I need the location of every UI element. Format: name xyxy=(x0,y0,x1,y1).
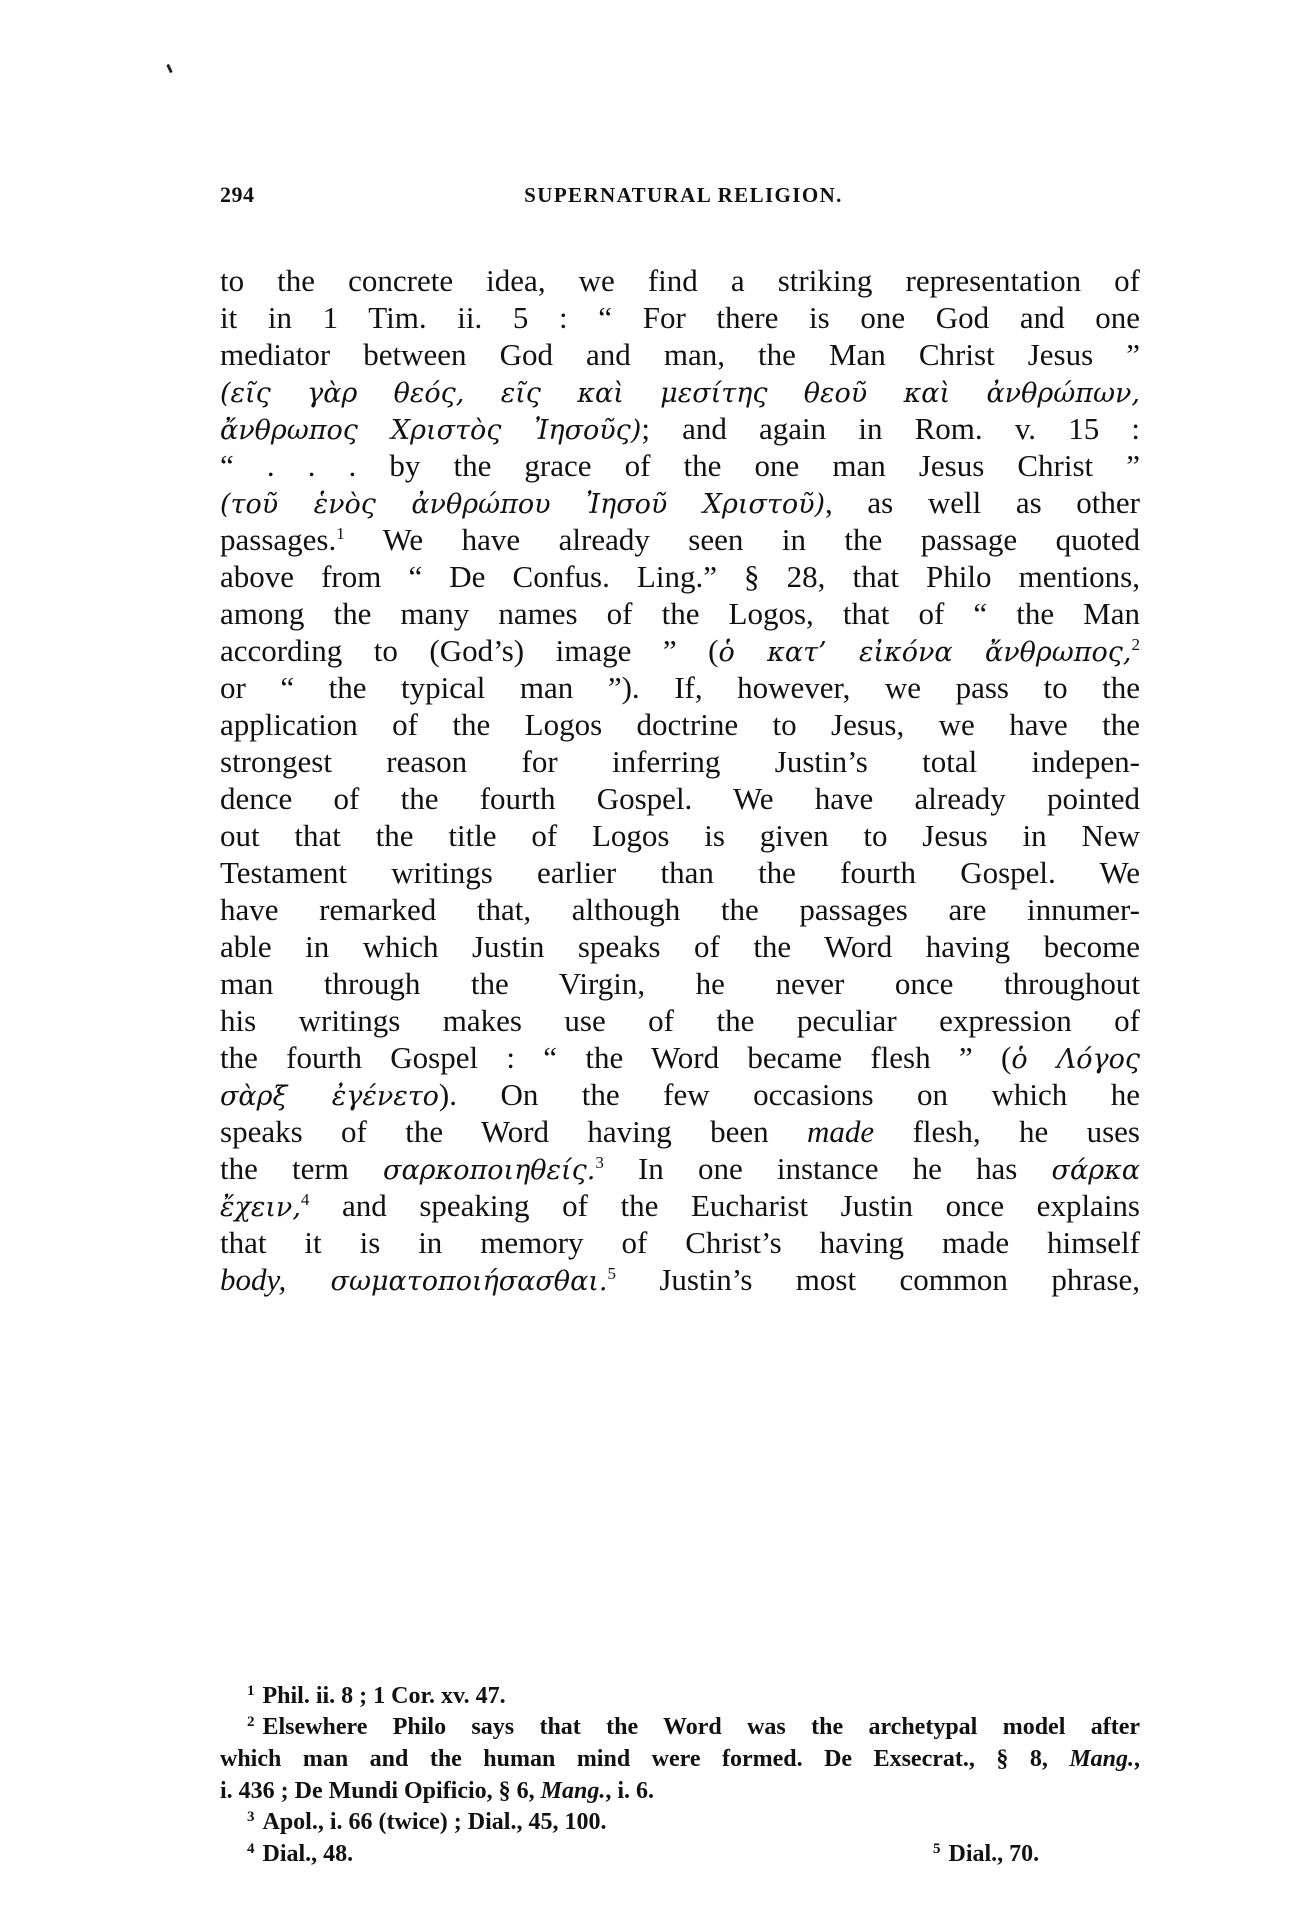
text-line: speaks of the Word having been made fles… xyxy=(220,1113,1140,1150)
footnote-ref-1[interactable]: 1 xyxy=(336,524,345,543)
greek-quotation: ὁ κατ’ εἰκόνα ἄνθρωπος, xyxy=(719,637,1132,668)
text-line: application of the Logos doctrine to Jes… xyxy=(220,706,1140,743)
text-line: body, σωματοποιήσασθαι.5 Justin’s most c… xyxy=(220,1261,1140,1298)
footnote-5: 5Dial., 70. xyxy=(933,1838,1039,1870)
footnote-italic: Mang. xyxy=(1069,1746,1134,1772)
line-text: dence of the fourth Gospel. We have alre… xyxy=(220,781,1140,816)
footnote-text: Elsewhere Philo says that the Word was t… xyxy=(263,1714,1141,1740)
footnote-ref-5[interactable]: 5 xyxy=(607,1264,616,1283)
scan-speck xyxy=(166,64,173,73)
text-line: among the many names of the Logos, that … xyxy=(220,595,1140,632)
footnote-text: Dial., 48. xyxy=(263,1841,354,1867)
text-line: his writings makes use of the peculiar e… xyxy=(220,1002,1140,1039)
greek-quotation: ὁ Λόγος xyxy=(1011,1044,1140,1075)
footnote-number: 2 xyxy=(247,1714,255,1730)
line-text: Testament writings earlier than the four… xyxy=(220,855,1140,890)
line-text: and speaking of the Eucharist Justin onc… xyxy=(309,1188,1140,1223)
page-number: 294 xyxy=(220,180,255,210)
italic-emphasis: body, xyxy=(220,1262,286,1297)
footnote-number: 3 xyxy=(247,1809,255,1825)
greek-quotation: σὰρξ ἐγένετο xyxy=(220,1081,439,1112)
text-line: dence of the fourth Gospel. We have alre… xyxy=(220,780,1140,817)
text-line: man through the Virgin, he never once th… xyxy=(220,965,1140,1002)
line-text: ). On the few occasions on which he xyxy=(439,1077,1140,1112)
text-line: “ . . . by the grace of the one man Jesu… xyxy=(220,447,1140,484)
line-text: among the many names of the Logos, that … xyxy=(220,596,1140,631)
footnote-text: , xyxy=(1134,1746,1140,1772)
text-line: strongest reason for inferring Justin’s … xyxy=(220,743,1140,780)
line-text: strongest reason for inferring Justin’s … xyxy=(220,744,1140,779)
footnote-4: 4Dial., 48. xyxy=(247,1838,353,1870)
footnote-text: i. 436 ; De Mundi Opificio, § 6, xyxy=(220,1778,541,1804)
footnote-text: Phil. ii. 8 ; 1 Cor. xv. 47. xyxy=(263,1683,506,1709)
text-line: the fourth Gospel : “ the Word became fl… xyxy=(220,1039,1140,1076)
line-text: flesh, he uses xyxy=(874,1114,1140,1149)
footnote-2-continued: which man and the human mind were formed… xyxy=(220,1743,1140,1775)
text-line: (τοῦ ἑνὸς ἀνθρώπου Ἰησοῦ Χριστοῦ), as we… xyxy=(220,484,1140,521)
line-text: application of the Logos doctrine to Jes… xyxy=(220,707,1140,742)
text-line: passages.1 We have already seen in the p… xyxy=(220,521,1140,558)
book-page: 294 SUPERNATURAL RELIGION. to the concre… xyxy=(0,0,1292,1925)
footnote-number: 4 xyxy=(247,1841,255,1857)
greek-term: σάρκα xyxy=(1052,1155,1140,1186)
greek-quotation: (τοῦ ἑνὸς ἀνθρώπου Ἰησοῦ Χριστοῦ) xyxy=(220,489,825,520)
text-line: ἔχειν,4 and speaking of the Eucharist Ju… xyxy=(220,1187,1140,1224)
line-text: the term xyxy=(220,1151,383,1186)
text-line: ἄνθρωπος Χριστὸς Ἰησοῦς); and again in R… xyxy=(220,410,1140,447)
footnote-text: Apol., i. 66 (twice) ; Dial., 45, 100. xyxy=(263,1809,607,1835)
text-line: have remarked that, although the passage… xyxy=(220,891,1140,928)
footnote-text: Dial., 70. xyxy=(949,1841,1040,1867)
footnote-ref-3[interactable]: 3 xyxy=(595,1153,604,1172)
footnote-text: which man and the human mind were formed… xyxy=(220,1746,1069,1772)
text-line: according to (God’s) image ” (ὁ κατ’ εἰκ… xyxy=(220,632,1140,669)
line-text: passages. xyxy=(220,522,336,557)
line-text: able in which Justin speaks of the Word … xyxy=(220,929,1140,964)
line-text: ; and again in Rom. v. 15 : xyxy=(641,411,1140,446)
footnote-text: , i. 6. xyxy=(605,1778,654,1804)
line-text: have remarked that, although the passage… xyxy=(220,892,1140,927)
running-title: SUPERNATURAL RELIGION. xyxy=(467,180,900,210)
footnote-italic: Mang. xyxy=(541,1778,606,1804)
text-line: able in which Justin speaks of the Word … xyxy=(220,928,1140,965)
greek-term: σαρκοποιηθείς. xyxy=(383,1155,595,1186)
line-text: the fourth Gospel : “ the Word became fl… xyxy=(220,1040,1011,1075)
footnote-1: 1Phil. ii. 8 ; 1 Cor. xv. 47. xyxy=(247,1680,506,1712)
footnote-2: 2Elsewhere Philo says that the Word was … xyxy=(247,1711,1140,1743)
line-text: man through the Virgin, he never once th… xyxy=(220,966,1140,1001)
greek-quotation: ἄνθρωπος Χριστὸς Ἰησοῦς) xyxy=(220,415,641,446)
text-line: or “ the typical man ”). If, however, we… xyxy=(220,669,1140,706)
footnote-number: 1 xyxy=(247,1683,255,1699)
text-line: (εῖς γὰρ θεός, εῖς καὶ μεσίτης θεοῦ καὶ … xyxy=(220,373,1140,410)
line-text: his writings makes use of the peculiar e… xyxy=(220,1003,1140,1038)
line-text: , as well as other xyxy=(825,485,1140,520)
line-text: it in 1 Tim. ii. 5 : “ For there is one … xyxy=(220,300,1140,335)
text-line: σὰρξ ἐγένετο). On the few occasions on w… xyxy=(220,1076,1140,1113)
footnote-ref-2[interactable]: 2 xyxy=(1132,635,1141,654)
line-text: out that the title of Logos is given to … xyxy=(220,818,1140,853)
line-text: Justin’s most common phrase, xyxy=(616,1262,1140,1297)
line-text: speaks of the Word having been xyxy=(220,1114,807,1149)
greek-term: ἔχειν, xyxy=(220,1192,301,1223)
greek-term: σωματοποιήσασθαι. xyxy=(286,1266,607,1297)
text-line: Testament writings earlier than the four… xyxy=(220,854,1140,891)
text-line: that it is in memory of Christ’s having … xyxy=(220,1224,1140,1261)
running-head: 294 SUPERNATURAL RELIGION. xyxy=(220,180,1140,210)
line-text: In one instance he has xyxy=(604,1151,1052,1186)
text-line: it in 1 Tim. ii. 5 : “ For there is one … xyxy=(220,299,1140,336)
line-text: “ . . . by the grace of the one man Jesu… xyxy=(220,448,1140,483)
text-line: out that the title of Logos is given to … xyxy=(220,817,1140,854)
line-text: that it is in memory of Christ’s having … xyxy=(220,1225,1140,1260)
greek-quotation: (εῖς γὰρ θεός, εῖς καὶ μεσίτης θεοῦ καὶ … xyxy=(220,378,1140,409)
line-text: according to (God’s) image ” ( xyxy=(220,633,719,668)
footnote-number: 5 xyxy=(933,1841,941,1857)
line-text: mediator between God and man, the Man Ch… xyxy=(220,337,1140,372)
text-line: the term σαρκοποιηθείς.3 In one instance… xyxy=(220,1150,1140,1187)
line-text: above from “ De Confus. Ling.” § 28, tha… xyxy=(220,559,1140,594)
italic-emphasis: made xyxy=(807,1114,874,1149)
footnote-3: 3Apol., i. 66 (twice) ; Dial., 45, 100. xyxy=(247,1806,606,1838)
text-line: above from “ De Confus. Ling.” § 28, tha… xyxy=(220,558,1140,595)
line-text: to the concrete idea, we find a striking… xyxy=(220,263,1140,298)
text-line: to the concrete idea, we find a striking… xyxy=(220,262,1140,299)
text-line: mediator between God and man, the Man Ch… xyxy=(220,336,1140,373)
line-text: or “ the typical man ”). If, however, we… xyxy=(220,670,1140,705)
footnote-2-continued: i. 436 ; De Mundi Opificio, § 6, Mang., … xyxy=(220,1775,654,1807)
line-text: We have already seen in the passage quot… xyxy=(345,522,1140,557)
